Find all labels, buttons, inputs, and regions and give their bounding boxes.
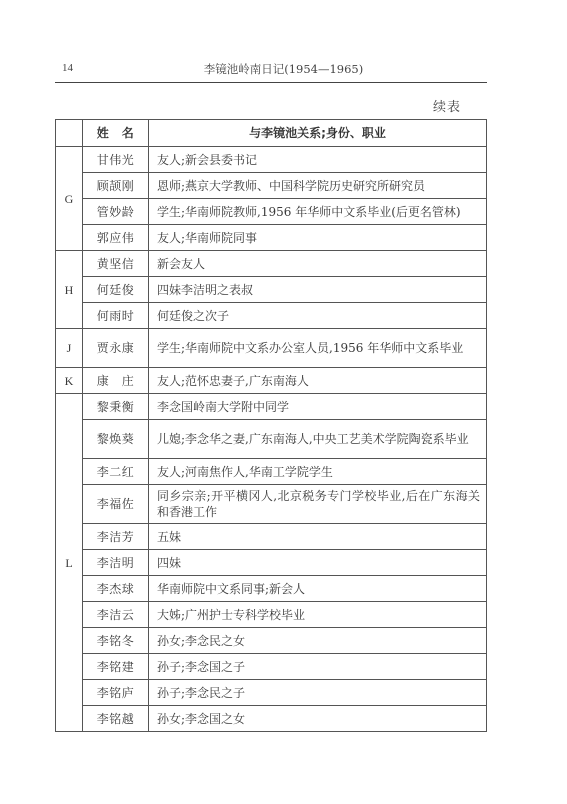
header-letter (56, 120, 83, 147)
table-row: 李洁云 大姊;广州护士专科学校毕业 (56, 602, 487, 628)
person-relation: 李念国岭南大学附中同学 (149, 394, 487, 420)
table-row: G 甘伟光 友人;新会县委书记 (56, 147, 487, 173)
table-row: 何雨时 何廷俊之次子 (56, 303, 487, 329)
person-name: 黎秉衡 (83, 394, 149, 420)
person-name: 李福佐 (83, 485, 149, 524)
person-name: 李铭冬 (83, 628, 149, 654)
person-relation: 儿媳;李念华之妻,广东南海人,中央工艺美术学院陶瓷系毕业 (149, 420, 487, 459)
person-name: 甘伟光 (83, 147, 149, 173)
header-rule (55, 82, 487, 83)
person-relation: 华南师院中文系同事;新会人 (149, 576, 487, 602)
table-row: H 黄坚信 新会友人 (56, 251, 487, 277)
person-name: 何廷俊 (83, 277, 149, 303)
table-row: 李铭冬 孙女;李念民之女 (56, 628, 487, 654)
table-row: 李福佐 同乡宗亲;开平横冈人,北京税务专门学校毕业,后在广东海关和香港工作 (56, 485, 487, 524)
person-relation: 同乡宗亲;开平横冈人,北京税务专门学校毕业,后在广东海关和香港工作 (149, 485, 487, 524)
person-name: 黄坚信 (83, 251, 149, 277)
person-relation: 孙子;李念民之子 (149, 680, 487, 706)
group-letter-h: H (56, 251, 83, 329)
person-name: 黎焕葵 (83, 420, 149, 459)
person-relation: 恩师;燕京大学教师、中国科学院历史研究所研究员 (149, 173, 487, 199)
person-name: 管妙龄 (83, 199, 149, 225)
group-letter-k: K (56, 368, 83, 394)
table-row: 李铭庐 孙子;李念民之子 (56, 680, 487, 706)
person-name: 李铭越 (83, 706, 149, 732)
group-letter-l: L (56, 394, 83, 732)
person-relation: 大姊;广州护士专科学校毕业 (149, 602, 487, 628)
table-row: L 黎秉衡 李念国岭南大学附中同学 (56, 394, 487, 420)
person-relation: 四妹 (149, 550, 487, 576)
person-relation: 学生;华南师院教师,1956 年华师中文系毕业(后更名管林) (149, 199, 487, 225)
running-title: 李镜池岭南日记(1954—1965) (0, 61, 567, 77)
table-row: J 贾永康 学生;华南师院中文系办公室人员,1956 年华师中文系毕业 (56, 329, 487, 368)
person-relation: 友人;华南师院同事 (149, 225, 487, 251)
table-row: 李洁明 四妹 (56, 550, 487, 576)
person-relation: 孙子;李念国之子 (149, 654, 487, 680)
person-name: 康 庄 (83, 368, 149, 394)
person-relation: 孙女;李念民之女 (149, 628, 487, 654)
table-row: 李铭建 孙子;李念国之子 (56, 654, 487, 680)
person-relation: 五妹 (149, 524, 487, 550)
person-name: 贾永康 (83, 329, 149, 368)
contacts-table: 姓 名 与李镜池关系;身份、职业 G 甘伟光 友人;新会县委书记 顾颉刚 恩师;… (55, 119, 487, 732)
header-relation: 与李镜池关系;身份、职业 (149, 120, 487, 147)
table-row: 李杰球 华南师院中文系同事;新会人 (56, 576, 487, 602)
table-row: 黎焕葵 儿媳;李念华之妻,广东南海人,中央工艺美术学院陶瓷系毕业 (56, 420, 487, 459)
group-letter-g: G (56, 147, 83, 251)
table-row: 李洁芳 五妹 (56, 524, 487, 550)
person-name: 李洁明 (83, 550, 149, 576)
table-row: 顾颉刚 恩师;燕京大学教师、中国科学院历史研究所研究员 (56, 173, 487, 199)
person-name: 何雨时 (83, 303, 149, 329)
header-name: 姓 名 (83, 120, 149, 147)
person-name: 顾颉刚 (83, 173, 149, 199)
person-relation: 友人;范怀忠妻子,广东南海人 (149, 368, 487, 394)
person-relation: 新会友人 (149, 251, 487, 277)
table-row: 管妙龄 学生;华南师院教师,1956 年华师中文系毕业(后更名管林) (56, 199, 487, 225)
person-name: 李洁云 (83, 602, 149, 628)
table-row: 李二红 友人;河南焦作人,华南工学院学生 (56, 459, 487, 485)
person-name: 郭应伟 (83, 225, 149, 251)
group-letter-j: J (56, 329, 83, 368)
person-name: 李洁芳 (83, 524, 149, 550)
person-relation: 友人;河南焦作人,华南工学院学生 (149, 459, 487, 485)
person-name: 李杰球 (83, 576, 149, 602)
person-relation: 孙女;李念国之女 (149, 706, 487, 732)
person-relation: 学生;华南师院中文系办公室人员,1956 年华师中文系毕业 (149, 329, 487, 368)
table-row: 何廷俊 四妹李洁明之表叔 (56, 277, 487, 303)
person-relation: 四妹李洁明之表叔 (149, 277, 487, 303)
table-row: 郭应伟 友人;华南师院同事 (56, 225, 487, 251)
person-name: 李铭建 (83, 654, 149, 680)
table-row: 李铭越 孙女;李念国之女 (56, 706, 487, 732)
table-header-row: 姓 名 与李镜池关系;身份、职业 (56, 120, 487, 147)
continued-label: 续表 (433, 96, 461, 115)
table-row: K 康 庄 友人;范怀忠妻子,广东南海人 (56, 368, 487, 394)
person-name: 李铭庐 (83, 680, 149, 706)
person-name: 李二红 (83, 459, 149, 485)
person-relation: 友人;新会县委书记 (149, 147, 487, 173)
person-relation: 何廷俊之次子 (149, 303, 487, 329)
